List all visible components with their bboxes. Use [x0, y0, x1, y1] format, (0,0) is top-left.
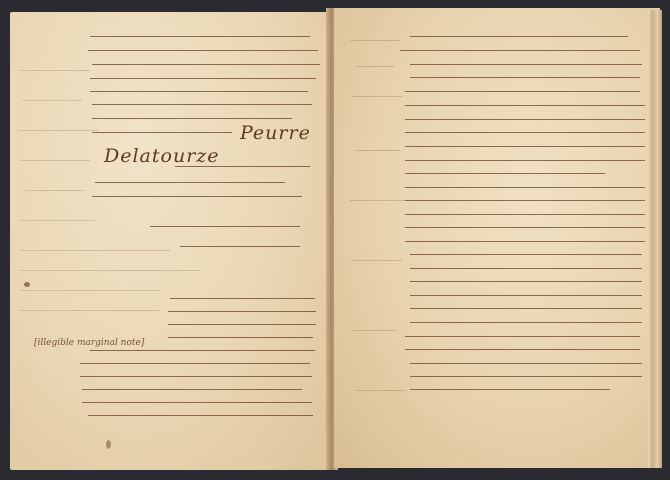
ink-stain	[24, 282, 30, 287]
paper-damage	[106, 440, 111, 449]
page-edges	[648, 10, 662, 468]
left-page-marginal-note: [illegible marginal note]	[34, 338, 144, 348]
signature-peurre: Peurre	[240, 122, 311, 144]
signature-underline	[175, 166, 310, 167]
signature-delatourze: Delatourze	[104, 145, 220, 167]
